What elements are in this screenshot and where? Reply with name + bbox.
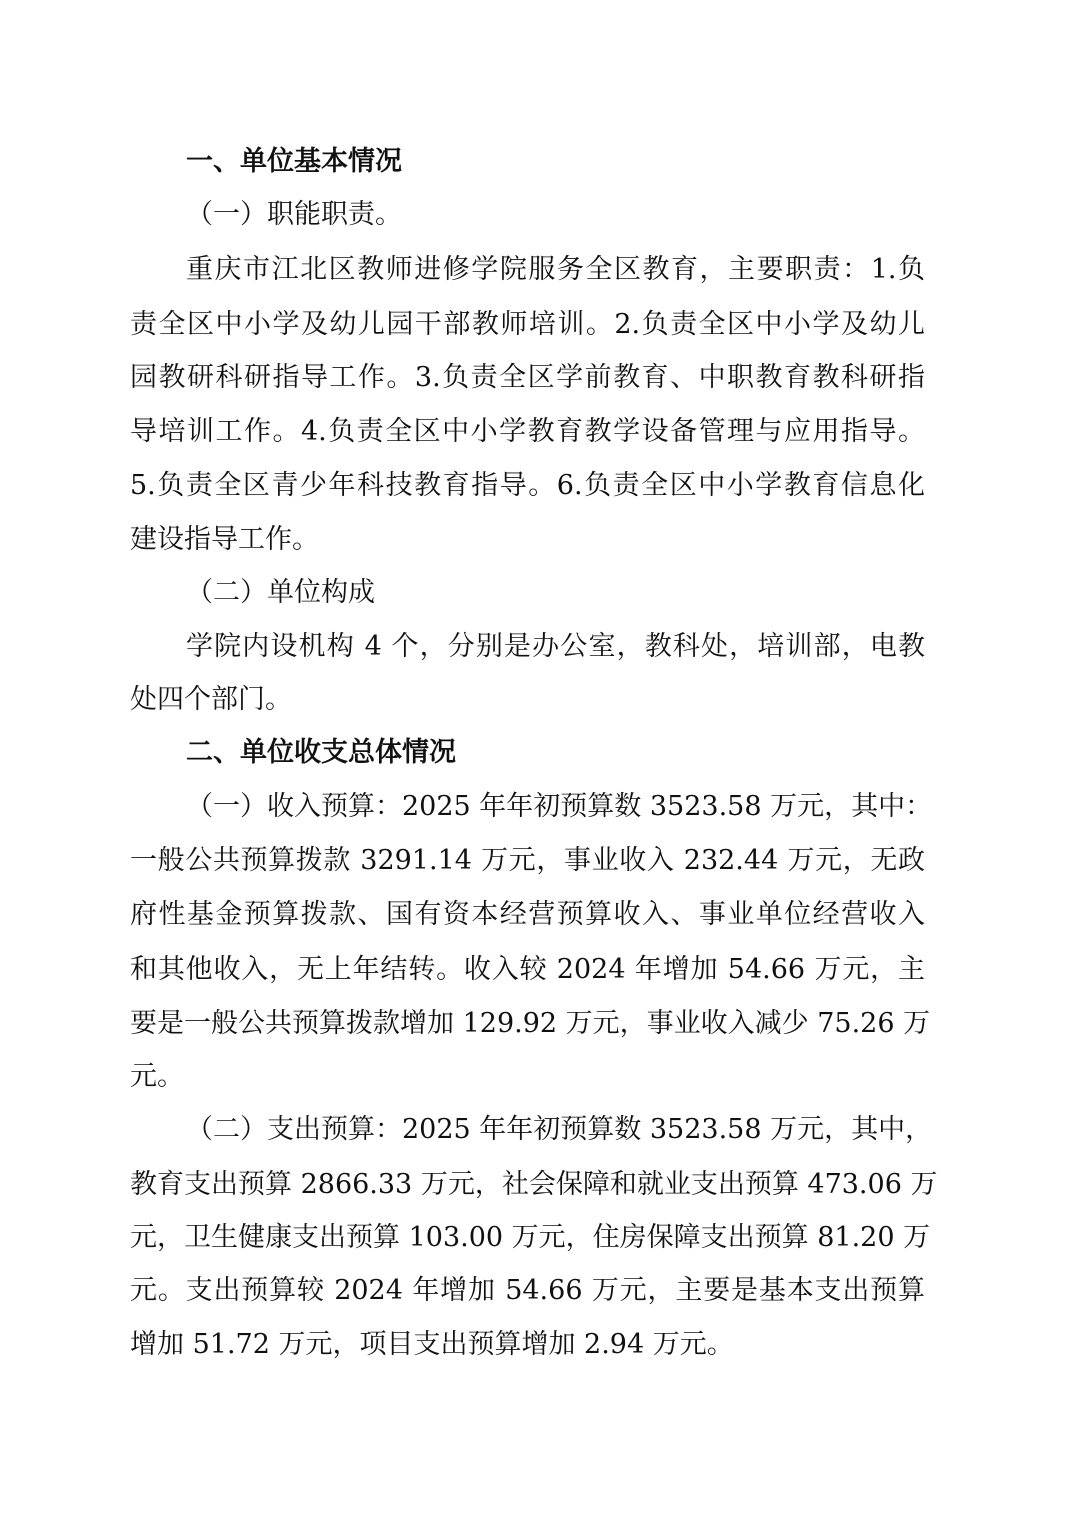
paragraph-line: 增加 51.72 万元，项目支出预算增加 2.94 万元。 — [130, 1328, 925, 1362]
subsection-heading-functions: （一）职能职责。 — [186, 198, 402, 232]
paragraph-line: 府性基金预算拨款、国有资本经营预算收入、事业单位经营收入 — [130, 898, 925, 932]
paragraph-line: 学院内设机构 4 个，分别是办公室，教科处，培训部，电教 — [186, 630, 925, 664]
paragraph-line: 元，卫生健康支出预算 103.00 万元，住房保障支出预算 81.20 万 — [130, 1221, 925, 1255]
paragraph-line: 重庆市江北区教师进修学院服务全区教育，主要职责：1.负 — [186, 253, 925, 287]
paragraph-line: 导培训工作。4.负责全区中小学教育教学设备管理与应用指导。 — [130, 415, 925, 449]
paragraph-line: （一）收入预算：2025 年年初预算数 3523.58 万元，其中： — [186, 790, 925, 824]
paragraph-line: 和其他收入，无上年结转。收入较 2024 年增加 54.66 万元，主 — [130, 953, 925, 987]
section-heading-income-expense: 二、单位收支总体情况 — [186, 736, 456, 770]
subsection-heading-composition: （二）单位构成 — [186, 576, 375, 610]
section-heading-unit-basic-info: 一、单位基本情况 — [186, 145, 402, 179]
paragraph-line: 教育支出预算 2866.33 万元，社会保障和就业支出预算 473.06 万 — [130, 1168, 925, 1202]
paragraph-line: （二）支出预算：2025 年年初预算数 3523.58 万元，其中， — [186, 1113, 925, 1147]
paragraph-line: 元。 — [130, 1060, 925, 1094]
paragraph-line: 要是一般公共预算拨款增加 129.92 万元，事业收入减少 75.26 万 — [130, 1007, 925, 1041]
paragraph-line: 元。支出预算较 2024 年增加 54.66 万元，主要是基本支出预算 — [130, 1274, 925, 1308]
paragraph-line: 处四个部门。 — [130, 683, 925, 717]
paragraph-line: 建设指导工作。 — [130, 523, 925, 557]
paragraph-line: 一般公共预算拨款 3291.14 万元，事业收入 232.44 万元，无政 — [130, 844, 925, 878]
paragraph-line: 园教研科研指导工作。3.负责全区学前教育、中职教育教科研指 — [130, 361, 925, 395]
paragraph-line: 5.负责全区青少年科技教育指导。6.负责全区中小学教育信息化 — [130, 469, 925, 503]
paragraph-line: 责全区中小学及幼儿园干部教师培训。2.负责全区中小学及幼儿 — [130, 308, 925, 342]
